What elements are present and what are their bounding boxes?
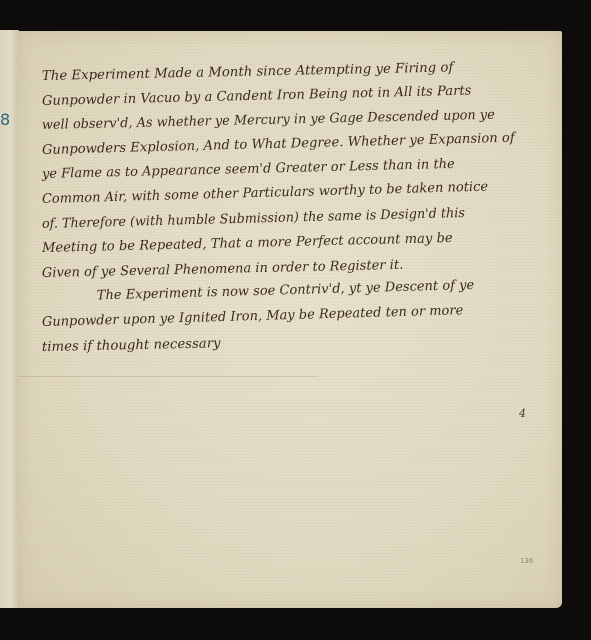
folio-number: 136 bbox=[520, 557, 533, 565]
binding-gutter: 8 bbox=[0, 30, 19, 608]
manuscript-page: The Experiment Made a Month since Attemp… bbox=[18, 31, 562, 608]
gutter-mark: 8 bbox=[0, 112, 10, 128]
document-viewer: 8 The Experiment Made a Month since Atte… bbox=[0, 0, 591, 640]
page-number: 4 bbox=[519, 407, 526, 420]
manuscript-text: The Experiment Made a Month since Attemp… bbox=[42, 65, 547, 360]
fold-crease bbox=[18, 376, 318, 377]
